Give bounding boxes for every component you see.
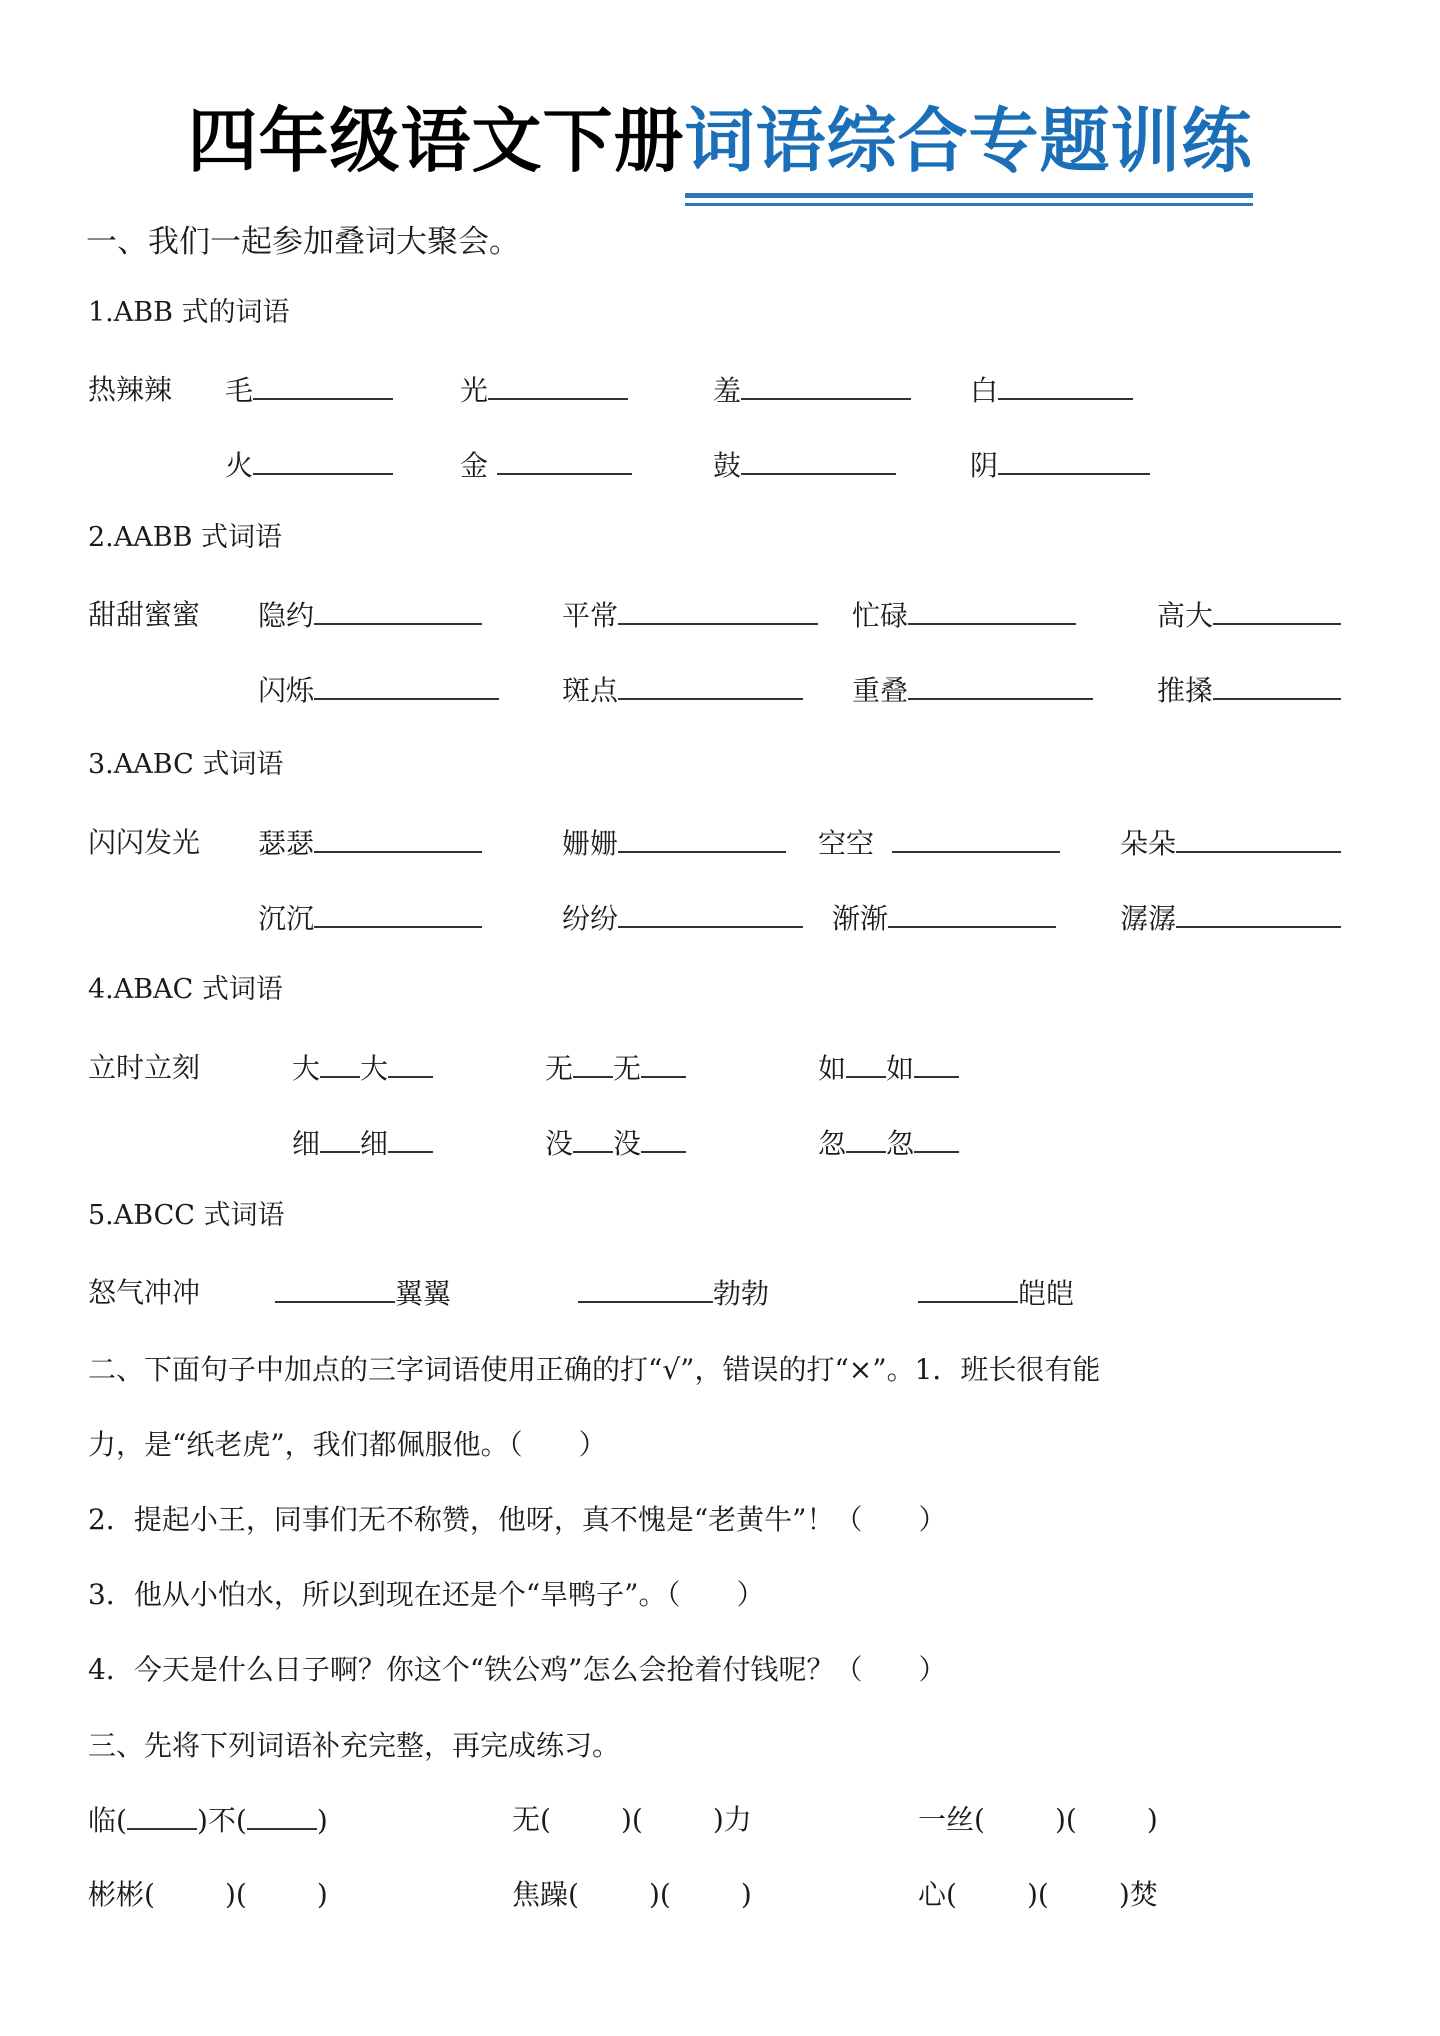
aabc-item: 空空 (818, 823, 1060, 864)
abac-item: 忽忽 (818, 1123, 959, 1164)
answer-blank[interactable] (388, 1048, 433, 1078)
page-title: 四年级语文下册词语综合专题训练 (0, 96, 1440, 194)
group3-label: 3.AABC 式词语 (88, 745, 283, 785)
answer-blank[interactable] (908, 595, 1076, 625)
idiom-fill: 一丝()() (918, 1800, 1158, 1840)
answer-blank[interactable] (314, 898, 482, 928)
answer-blank[interactable] (497, 445, 632, 475)
abcc-item: 皑皑 (918, 1273, 1074, 1314)
aabc-item: 姗姗 (562, 823, 786, 864)
answer-blank[interactable] (314, 823, 482, 853)
answer-blank[interactable] (320, 1123, 360, 1153)
abb-item: 火 (225, 445, 393, 486)
aabb-item: 高大 (1157, 595, 1341, 636)
answer-blank[interactable] (892, 823, 1060, 853)
abb-item: 阴 (970, 445, 1150, 486)
group5-example: 怒气冲冲 (88, 1273, 200, 1313)
section3-heading: 三、先将下列词语补充完整，再完成练习。 (88, 1726, 620, 1766)
answer-blank[interactable] (846, 1048, 886, 1078)
abb-item: 光 (460, 370, 628, 411)
group2-label: 2.AABB 式词语 (88, 518, 282, 558)
group2-example: 甜甜蜜蜜 (88, 595, 200, 635)
abb-item: 鼓 (713, 445, 896, 486)
answer-blank[interactable] (641, 1123, 686, 1153)
group4-label: 4.ABAC 式词语 (88, 970, 283, 1010)
answer-blank[interactable] (388, 1123, 433, 1153)
answer-blank[interactable] (127, 1800, 197, 1830)
group1-example: 热辣辣 (88, 370, 172, 410)
answer-blank[interactable] (618, 595, 818, 625)
abb-item: 羞 (713, 370, 911, 411)
answer-blank[interactable] (253, 445, 393, 475)
answer-blank[interactable] (888, 898, 1056, 928)
abac-item: 大大 (292, 1048, 433, 1089)
abac-item: 细细 (292, 1123, 433, 1164)
abb-item: 金 (460, 445, 632, 486)
section2-question-1: 力，是“纸老虎”，我们都佩服他。（ ） (88, 1425, 607, 1465)
idiom-fill: 无()()力 (512, 1800, 752, 1840)
answer-blank[interactable] (578, 1273, 713, 1303)
idiom-fill: 彬彬()() (88, 1875, 328, 1915)
abac-item: 没没 (545, 1123, 686, 1164)
answer-blank[interactable] (1176, 898, 1341, 928)
answer-blank[interactable] (1176, 823, 1341, 853)
answer-blank[interactable] (914, 1123, 959, 1153)
answer-blank[interactable] (573, 1123, 613, 1153)
answer-blank[interactable] (275, 1273, 395, 1303)
answer-blank[interactable] (253, 370, 393, 400)
aabb-item: 隐约 (258, 595, 482, 636)
answer-blank[interactable] (488, 370, 628, 400)
answer-blank[interactable] (247, 1800, 317, 1830)
aabb-item: 平常 (562, 595, 818, 636)
answer-blank[interactable] (314, 670, 499, 700)
aabb-item: 重叠 (852, 670, 1093, 711)
abcc-item: 翼翼 (275, 1273, 451, 1314)
answer-blank[interactable] (918, 1273, 1018, 1303)
idiom-fill: 焦躁()() (512, 1875, 752, 1915)
aabc-item: 瑟瑟 (258, 823, 482, 864)
section2-question-4: 4．今天是什么日子啊？你这个“铁公鸡”怎么会抢着付钱呢？（ ） (88, 1650, 946, 1690)
answer-blank[interactable] (618, 670, 803, 700)
answer-blank[interactable] (618, 898, 803, 928)
aabb-item: 忙碌 (852, 595, 1076, 636)
group4-example: 立时立刻 (88, 1048, 200, 1088)
answer-blank[interactable] (908, 670, 1093, 700)
aabc-item: 潺潺 (1120, 898, 1341, 939)
aabb-item: 闪烁 (258, 670, 499, 711)
aabc-item: 渐渐 (832, 898, 1056, 939)
answer-blank[interactable] (618, 823, 786, 853)
answer-blank[interactable] (320, 1048, 360, 1078)
answer-blank[interactable] (741, 445, 896, 475)
title-accent: 词语综合专题训练 (685, 96, 1253, 194)
aabc-item: 朵朵 (1120, 823, 1341, 864)
group1-label: 1.ABB 式的词语 (88, 293, 290, 333)
abb-item: 毛 (225, 370, 393, 411)
answer-blank[interactable] (846, 1123, 886, 1153)
group3-example: 闪闪发光 (88, 823, 200, 863)
abac-item: 无无 (545, 1048, 686, 1089)
section2-heading: 二、下面句子中加点的三字词语使用正确的打“√”，错误的打“×”。1．班长很有能 (88, 1350, 1100, 1390)
abac-item: 如如 (818, 1048, 959, 1089)
idiom-fill: 临()不() (88, 1800, 328, 1841)
title-main: 四年级语文下册 (188, 100, 685, 182)
answer-blank[interactable] (998, 370, 1133, 400)
idiom-fill: 心()()焚 (918, 1875, 1158, 1915)
answer-blank[interactable] (1213, 670, 1341, 700)
abb-item: 白 (970, 370, 1133, 411)
answer-blank[interactable] (1213, 595, 1341, 625)
answer-blank[interactable] (641, 1048, 686, 1078)
answer-blank[interactable] (314, 595, 482, 625)
answer-blank[interactable] (998, 445, 1150, 475)
aabc-item: 纷纷 (562, 898, 803, 939)
section2-question-3: 3．他从小怕水，所以到现在还是个“旱鸭子”。（ ） (88, 1575, 764, 1615)
group5-label: 5.ABCC 式词语 (88, 1196, 285, 1236)
answer-blank[interactable] (741, 370, 911, 400)
aabc-item: 沉沉 (258, 898, 482, 939)
aabb-item: 斑点 (562, 670, 803, 711)
aabb-item: 推搡 (1157, 670, 1341, 711)
section2-question-2: 2．提起小王，同事们无不称赞，他呀，真不愧是“老黄牛”！（ ） (88, 1500, 946, 1540)
abcc-item: 勃勃 (578, 1273, 769, 1314)
section1-heading: 一、我们一起参加叠词大聚会。 (86, 222, 520, 262)
answer-blank[interactable] (914, 1048, 959, 1078)
answer-blank[interactable] (573, 1048, 613, 1078)
